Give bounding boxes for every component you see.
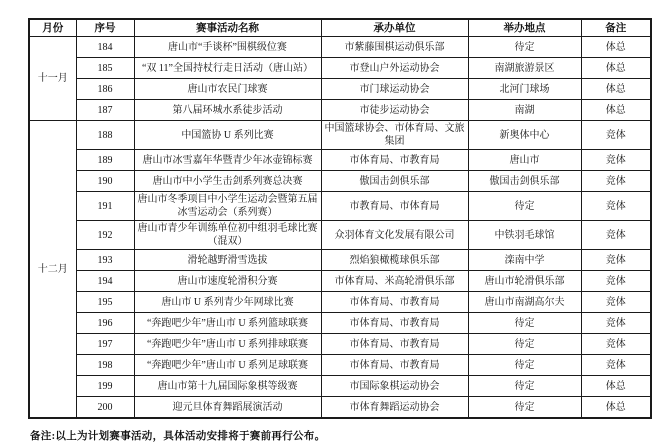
cell-venue: 待定 — [468, 334, 581, 355]
cell-organizer: 市教育局、市体育局 — [321, 192, 468, 221]
cell-no: 200 — [76, 397, 134, 419]
cell-remark: 竞体 — [581, 313, 651, 334]
cell-organizer: 市登山户外运动协会 — [321, 58, 468, 79]
cell-remark: 体总 — [581, 37, 651, 58]
column-header-remark: 备注 — [581, 19, 651, 37]
cell-venue: 待定 — [468, 376, 581, 397]
table-row: 189唐山市冰雪嘉年华暨青少年冰壶锦标赛市体育局、市教育局唐山市竞体 — [29, 150, 651, 171]
cell-remark: 体总 — [581, 58, 651, 79]
cell-remark: 竞体 — [581, 292, 651, 313]
cell-organizer: 市体育局、市教育局 — [321, 292, 468, 313]
column-header-name: 赛事活动名称 — [134, 19, 321, 37]
column-header-no: 序号 — [76, 19, 134, 37]
cell-remark: 竞体 — [581, 250, 651, 271]
cell-name: 滑轮越野滑雪选拔 — [134, 250, 321, 271]
cell-organizer: 市徒步运动协会 — [321, 100, 468, 121]
cell-no: 189 — [76, 150, 134, 171]
table-row: 192唐山市青少年训练单位初中组羽毛球比赛（混双）众羽体育文化发展有限公司中铁羽… — [29, 221, 651, 250]
cell-venue: 待定 — [468, 355, 581, 376]
cell-name: “奔跑吧少年”唐山市 U 系列排球联赛 — [134, 334, 321, 355]
table-row: 193滑轮越野滑雪选拔烈焰狼橄榄球俱乐部滦南中学竞体 — [29, 250, 651, 271]
cell-no: 185 — [76, 58, 134, 79]
cell-organizer: 市体育局、米高轮滑俱乐部 — [321, 271, 468, 292]
cell-venue: 中铁羽毛球馆 — [468, 221, 581, 250]
cell-organizer: 市门球运动协会 — [321, 79, 468, 100]
cell-venue: 新奥体中心 — [468, 121, 581, 150]
table-row: 200迎元旦体育舞蹈展演活动市体育舞蹈运动协会待定体总 — [29, 397, 651, 419]
cell-remark: 体总 — [581, 397, 651, 419]
cell-organizer: 中国篮球协会、市体育局、文旅集团 — [321, 121, 468, 150]
cell-no: 184 — [76, 37, 134, 58]
cell-organizer: 市国际象棋运动协会 — [321, 376, 468, 397]
table-row: 199唐山市第十九届国际象棋等级赛市国际象棋运动协会待定体总 — [29, 376, 651, 397]
cell-venue: 南湖旅游景区 — [468, 58, 581, 79]
cell-venue: 傲国击剑俱乐部 — [468, 171, 581, 192]
cell-remark: 体总 — [581, 376, 651, 397]
cell-remark: 竞体 — [581, 271, 651, 292]
cell-remark: 竞体 — [581, 121, 651, 150]
cell-remark: 竞体 — [581, 355, 651, 376]
table-row: 十一月184唐山市“手谈杯”围棋级位赛市紫藤围棋运动俱乐部待定体总 — [29, 37, 651, 58]
table-row: 194唐山市速度轮滑积分赛市体育局、米高轮滑俱乐部唐山市轮滑俱乐部竞体 — [29, 271, 651, 292]
table-row: 197“奔跑吧少年”唐山市 U 系列排球联赛市体育局、市教育局待定竞体 — [29, 334, 651, 355]
cell-remark: 竞体 — [581, 171, 651, 192]
cell-name: 唐山市冬季项目中小学生运动会暨第五届冰雪运动会（系列赛） — [134, 192, 321, 221]
cell-venue: 待定 — [468, 313, 581, 334]
table-row: 187第八届环城水系徒步活动市徒步运动协会南湖体总 — [29, 100, 651, 121]
cell-no: 188 — [76, 121, 134, 150]
cell-no: 187 — [76, 100, 134, 121]
cell-name: 唐山市青少年训练单位初中组羽毛球比赛（混双） — [134, 221, 321, 250]
column-header-month: 月份 — [29, 19, 76, 37]
cell-remark: 竞体 — [581, 150, 651, 171]
cell-remark: 竞体 — [581, 221, 651, 250]
cell-no: 191 — [76, 192, 134, 221]
table-header: 月份序号赛事活动名称承办单位举办地点备注 — [29, 19, 651, 37]
table-row: 186唐山市农民门球赛市门球运动协会北河门球场体总 — [29, 79, 651, 100]
cell-no: 195 — [76, 292, 134, 313]
cell-organizer: 市体育局、市教育局 — [321, 150, 468, 171]
cell-remark: 竞体 — [581, 334, 651, 355]
column-header-organizer: 承办单位 — [321, 19, 468, 37]
cell-venue: 北河门球场 — [468, 79, 581, 100]
cell-name: 唐山市中小学生击剑系列赛总决赛 — [134, 171, 321, 192]
cell-no: 194 — [76, 271, 134, 292]
table-row: 196“奔跑吧少年”唐山市 U 系列篮球联赛市体育局、市教育局待定竞体 — [29, 313, 651, 334]
cell-organizer: 市体育局、市教育局 — [321, 355, 468, 376]
cell-organizer: 市体育局、市教育局 — [321, 313, 468, 334]
table-row: 191唐山市冬季项目中小学生运动会暨第五届冰雪运动会（系列赛）市教育局、市体育局… — [29, 192, 651, 221]
month-cell: 十二月 — [29, 121, 76, 419]
cell-no: 193 — [76, 250, 134, 271]
cell-name: 唐山市第十九届国际象棋等级赛 — [134, 376, 321, 397]
table-row: 185“双 11”全国持杖行走日活动（唐山站）市登山户外运动协会南湖旅游景区体总 — [29, 58, 651, 79]
cell-venue: 待定 — [468, 37, 581, 58]
table-row: 198“奔跑吧少年”唐山市 U 系列足球联赛市体育局、市教育局待定竞体 — [29, 355, 651, 376]
table-row: 195唐山市 U 系列青少年网球比赛市体育局、市教育局唐山市南湖高尔夫竞体 — [29, 292, 651, 313]
cell-no: 199 — [76, 376, 134, 397]
cell-organizer: 市体育局、市教育局 — [321, 334, 468, 355]
cell-organizer: 众羽体育文化发展有限公司 — [321, 221, 468, 250]
cell-no: 198 — [76, 355, 134, 376]
cell-venue: 唐山市轮滑俱乐部 — [468, 271, 581, 292]
table-body: 十一月184唐山市“手谈杯”围棋级位赛市紫藤围棋运动俱乐部待定体总185“双 1… — [29, 37, 651, 419]
month-cell: 十一月 — [29, 37, 76, 121]
cell-venue: 唐山市 — [468, 150, 581, 171]
cell-no: 192 — [76, 221, 134, 250]
cell-name: 第八届环城水系徒步活动 — [134, 100, 321, 121]
events-schedule-table: 月份序号赛事活动名称承办单位举办地点备注 十一月184唐山市“手谈杯”围棋级位赛… — [28, 18, 652, 419]
cell-venue: 待定 — [468, 192, 581, 221]
cell-no: 190 — [76, 171, 134, 192]
column-header-venue: 举办地点 — [468, 19, 581, 37]
cell-organizer: 市紫藤围棋运动俱乐部 — [321, 37, 468, 58]
cell-name: 迎元旦体育舞蹈展演活动 — [134, 397, 321, 419]
cell-organizer: 烈焰狼橄榄球俱乐部 — [321, 250, 468, 271]
cell-organizer: 市体育舞蹈运动协会 — [321, 397, 468, 419]
cell-name: 唐山市冰雪嘉年华暨青少年冰壶锦标赛 — [134, 150, 321, 171]
table-row: 十二月188中国篮协 U 系列比赛中国篮球协会、市体育局、文旅集团新奥体中心竞体 — [29, 121, 651, 150]
cell-name: 唐山市“手谈杯”围棋级位赛 — [134, 37, 321, 58]
cell-no: 186 — [76, 79, 134, 100]
cell-remark: 体总 — [581, 79, 651, 100]
table-row: 190唐山市中小学生击剑系列赛总决赛傲国击剑俱乐部傲国击剑俱乐部竞体 — [29, 171, 651, 192]
header-row: 月份序号赛事活动名称承办单位举办地点备注 — [29, 19, 651, 37]
footnote-remark: 备注:以上为计划赛事活动，具体活动安排将于赛前再行公布。 — [30, 428, 325, 443]
cell-name: “奔跑吧少年”唐山市 U 系列篮球联赛 — [134, 313, 321, 334]
cell-venue: 南湖 — [468, 100, 581, 121]
cell-organizer: 傲国击剑俱乐部 — [321, 171, 468, 192]
cell-remark: 体总 — [581, 100, 651, 121]
cell-venue: 滦南中学 — [468, 250, 581, 271]
cell-name: 唐山市农民门球赛 — [134, 79, 321, 100]
cell-name: “双 11”全国持杖行走日活动（唐山站） — [134, 58, 321, 79]
cell-name: 唐山市速度轮滑积分赛 — [134, 271, 321, 292]
cell-name: 唐山市 U 系列青少年网球比赛 — [134, 292, 321, 313]
cell-no: 197 — [76, 334, 134, 355]
cell-name: 中国篮协 U 系列比赛 — [134, 121, 321, 150]
cell-remark: 竞体 — [581, 192, 651, 221]
cell-venue: 唐山市南湖高尔夫 — [468, 292, 581, 313]
cell-venue: 待定 — [468, 397, 581, 419]
cell-name: “奔跑吧少年”唐山市 U 系列足球联赛 — [134, 355, 321, 376]
cell-no: 196 — [76, 313, 134, 334]
